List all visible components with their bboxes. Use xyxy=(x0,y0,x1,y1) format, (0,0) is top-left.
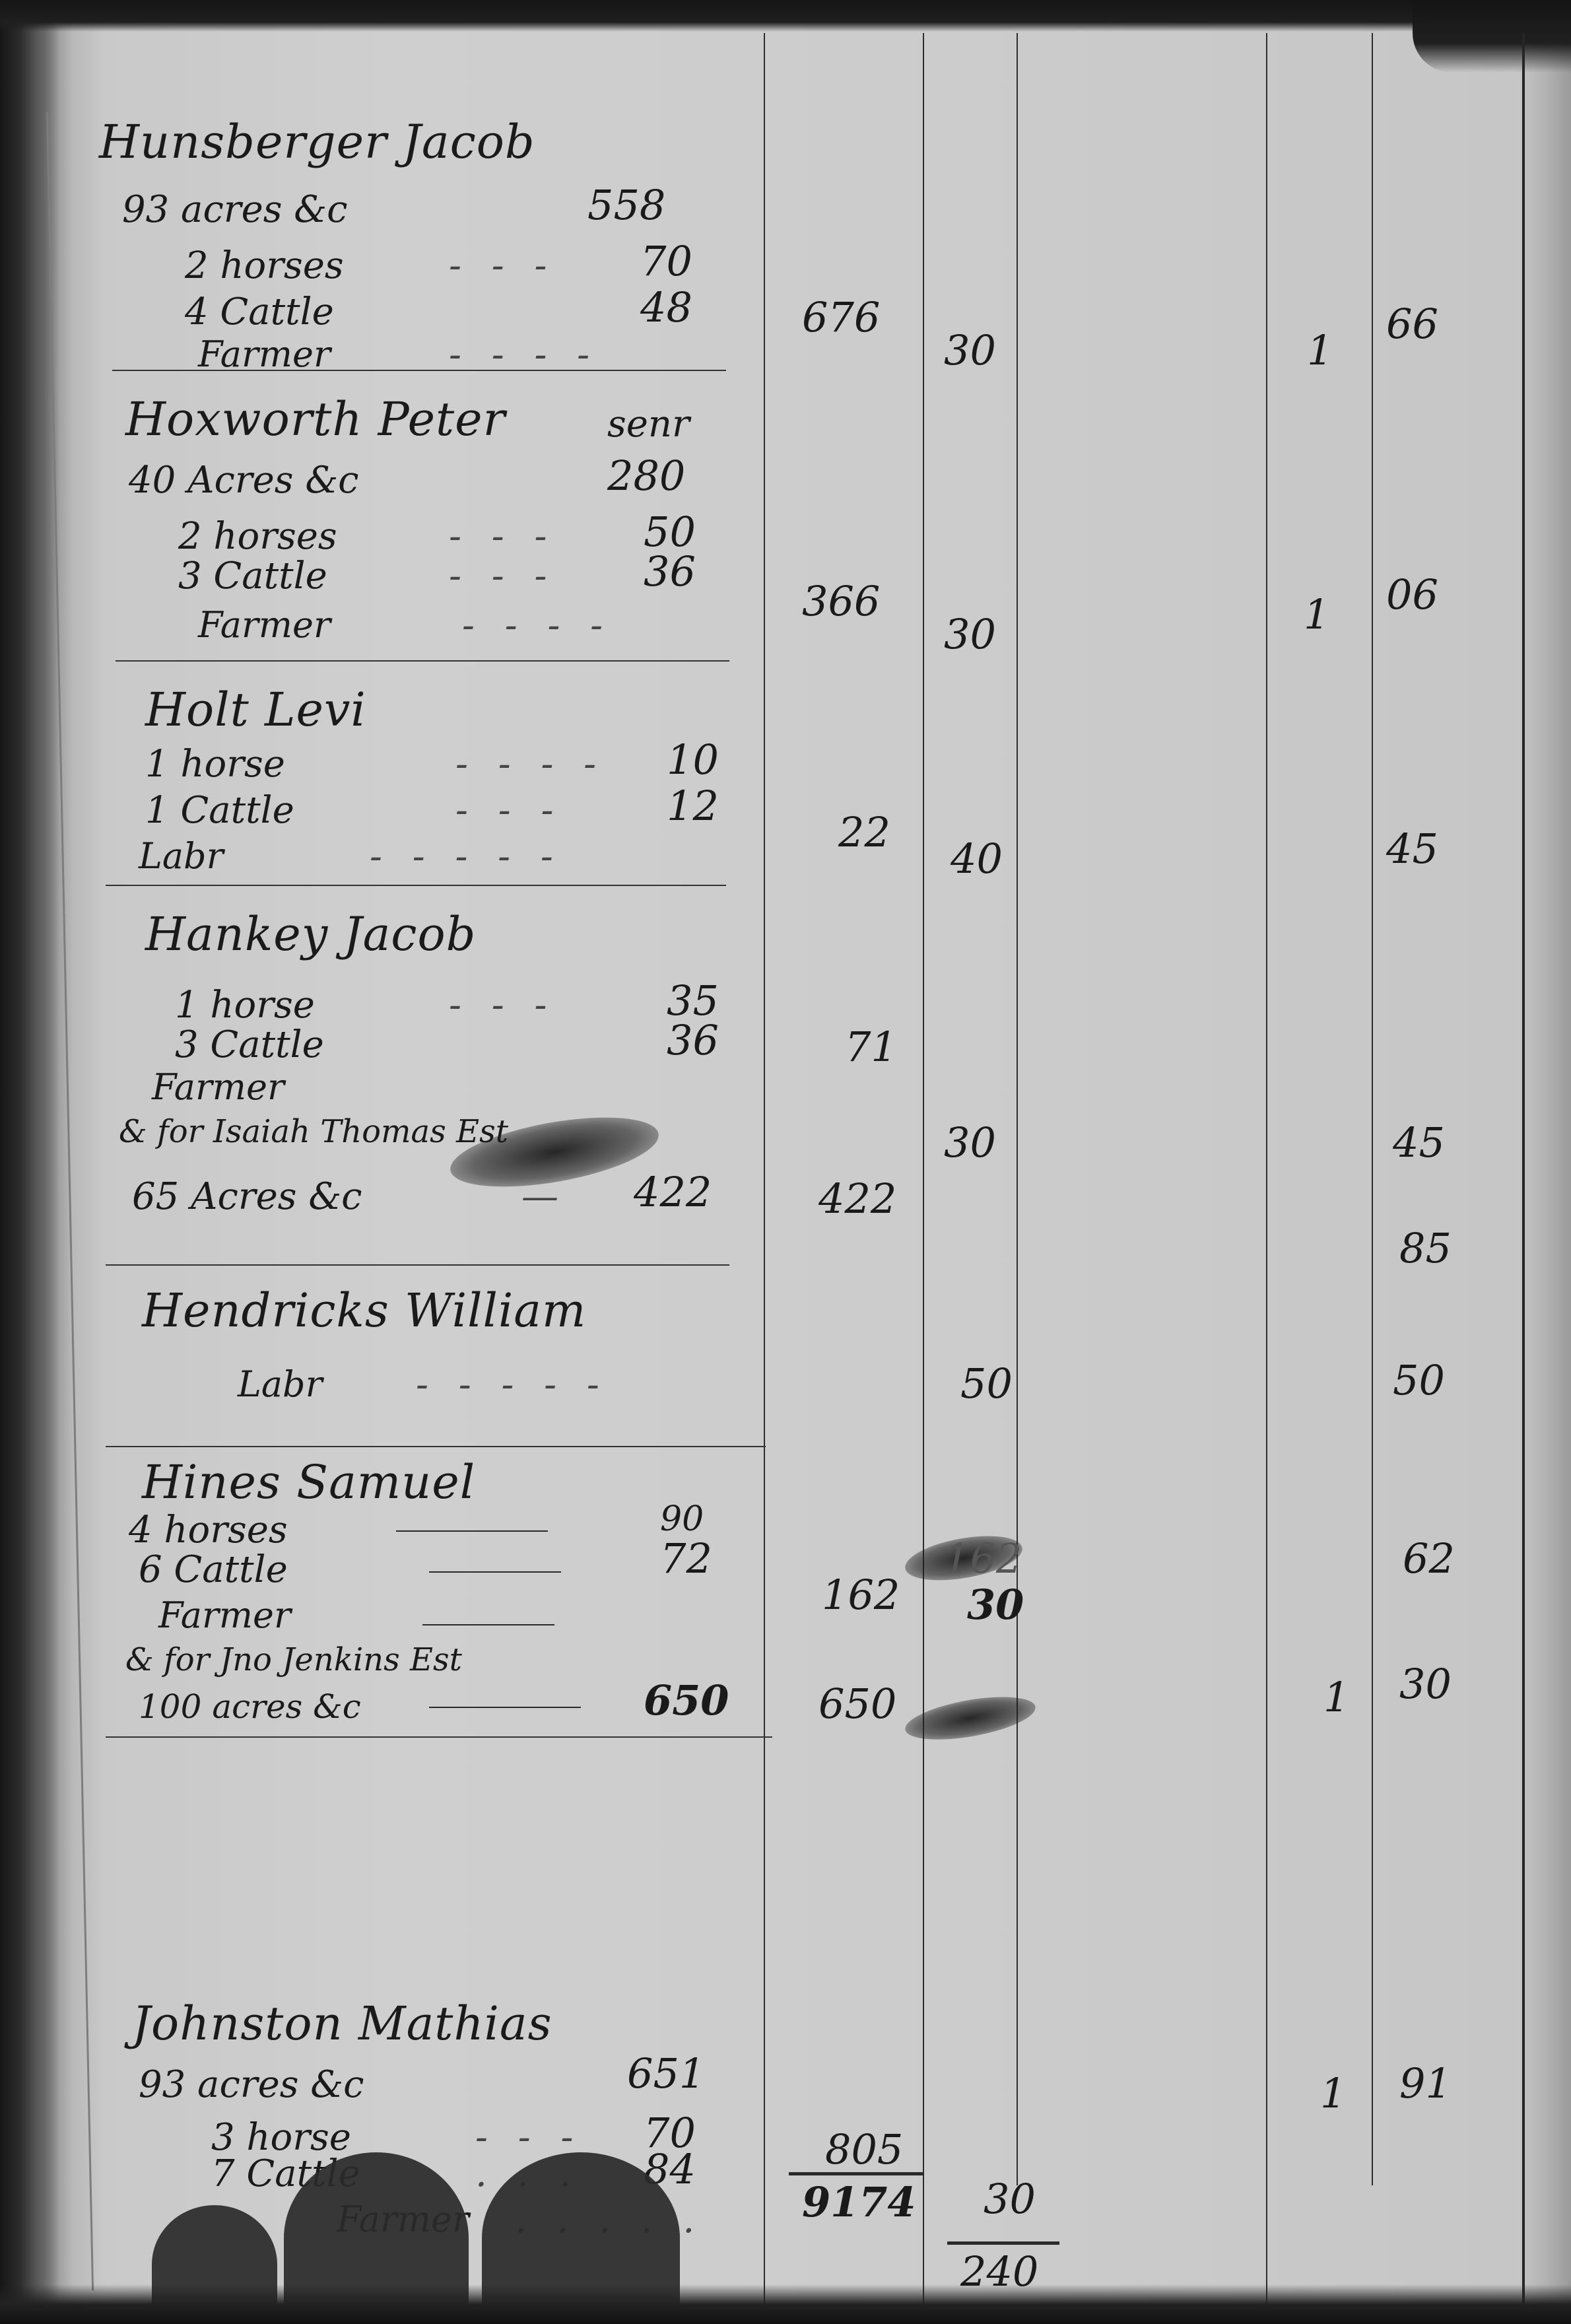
leader-line xyxy=(429,1707,581,1708)
ledger-page: Hunsberger Jacob 93 acres &c 558 2 horse… xyxy=(0,0,1571,2324)
item-label: 1 Cattle xyxy=(145,792,294,829)
leader-dashes: - - - - xyxy=(455,746,605,783)
page-right-rule xyxy=(1522,33,1525,2304)
sub-entry-label: & for Isaiah Thomas Est xyxy=(119,1116,508,1147)
item-label: 100 acres &c xyxy=(139,1690,361,1723)
page-corner-shadow xyxy=(1413,0,1571,73)
valuation-total: 9174 xyxy=(802,2182,916,2223)
item-value: 10 xyxy=(667,739,719,780)
tax-dollars: 1 xyxy=(1323,1677,1349,1718)
sum-rule-valuation xyxy=(789,2172,924,2175)
column-rule-rate-right xyxy=(1017,33,1018,2185)
column-rule-rate-left xyxy=(923,33,924,2304)
column-rule-valuation-left xyxy=(764,33,765,2304)
valuation: 162 xyxy=(822,1575,900,1616)
rate: 30 xyxy=(984,2179,1036,2220)
valuation: 366 xyxy=(802,581,880,622)
leader-dashes: - - - - - xyxy=(416,1367,609,1404)
item-label: 40 Acres &c xyxy=(129,462,359,499)
item-label: 93 acres &c xyxy=(139,2067,364,2103)
rate: 40 xyxy=(951,838,1003,879)
item-value: 12 xyxy=(667,786,719,827)
item-value: 70 xyxy=(640,241,692,282)
tax-cents: 45 xyxy=(1386,829,1438,870)
valuation: 805 xyxy=(825,2129,903,2170)
rate: 30 xyxy=(944,614,996,655)
sum-rule-rate xyxy=(947,2241,1059,2245)
entry-name: Johnston Mathias xyxy=(132,2000,552,2047)
item-label: 3 horse xyxy=(211,2119,351,2156)
entry-name: Hoxworth Peter xyxy=(125,396,506,442)
tax-cents: 45 xyxy=(1393,1122,1445,1163)
item-label: 2 horses xyxy=(178,518,337,555)
rate: 50 xyxy=(960,1363,1013,1404)
name-suffix: senr xyxy=(607,406,690,443)
leader-dashes: - - - xyxy=(449,248,556,285)
tax-cents: 06 xyxy=(1386,574,1438,615)
rate: 30 xyxy=(967,1585,1024,1625)
entry-name: Hines Samuel xyxy=(142,1459,475,1505)
tax-cents: 91 xyxy=(1399,2063,1452,2104)
column-rule-dollars-left xyxy=(1266,33,1267,2304)
entry-separator xyxy=(106,885,726,886)
item-label: 4 horses xyxy=(129,1512,288,1549)
item-label: 2 horses xyxy=(185,248,344,285)
item-value: 280 xyxy=(607,456,685,496)
tax-cents: 50 xyxy=(1393,1360,1445,1401)
sub-entry-valuation: 650 xyxy=(819,1684,896,1725)
valuation: 676 xyxy=(802,297,880,338)
sub-entry-label: & for Jno Jenkins Est xyxy=(125,1644,462,1676)
item-value: 36 xyxy=(644,551,696,592)
item-label: 1 horse xyxy=(145,746,285,783)
occupation: Farmer xyxy=(198,337,331,372)
item-value: 651 xyxy=(627,2053,705,2094)
leader-dashes: - - - xyxy=(475,2119,582,2156)
leader-dashes: - - - xyxy=(449,558,556,595)
tax-dollars: 1 xyxy=(1320,2073,1346,2114)
rate: 30 xyxy=(944,330,996,371)
item-value: 90 xyxy=(660,1502,704,1536)
entry-name: Hankey Jacob xyxy=(145,911,476,957)
tax-cents: 66 xyxy=(1386,304,1438,345)
page-bottom-edge xyxy=(0,2284,1571,2324)
item-value: 72 xyxy=(660,1538,712,1579)
leader-dashes: - - - xyxy=(449,987,556,1024)
leader-line xyxy=(429,1571,561,1573)
entry-separator xyxy=(106,1446,766,1447)
leader-dashes: - - - xyxy=(449,518,556,555)
entry-name: Holt Levi xyxy=(145,687,366,733)
column-rule-cents-left xyxy=(1372,33,1373,2185)
entry-name: Hunsberger Jacob xyxy=(99,119,535,165)
item-value: 650 xyxy=(644,1680,729,1721)
tax-dollars: 1 xyxy=(1307,330,1333,371)
tax-cents: 30 xyxy=(1399,1664,1452,1705)
rate: 30 xyxy=(944,1122,996,1163)
leader-dashes: — xyxy=(521,1179,568,1215)
tax-cents-2: 85 xyxy=(1399,1228,1452,1269)
entry-separator xyxy=(116,660,729,662)
item-value: 50 xyxy=(644,512,696,553)
occupation: Farmer xyxy=(198,607,331,643)
page-top-edge xyxy=(0,0,1571,32)
item-value: 36 xyxy=(667,1020,719,1061)
leader-dashes: - - - - xyxy=(449,337,599,374)
item-label: 3 Cattle xyxy=(178,558,327,595)
item-label: 93 acres &c xyxy=(122,191,347,228)
tax-dollars: 1 xyxy=(1304,594,1329,635)
struck-value: 162 xyxy=(944,1538,1022,1579)
entry-separator xyxy=(106,1264,729,1266)
occupation: Farmer xyxy=(152,1070,284,1105)
valuation: 22 xyxy=(838,812,890,853)
occupation: Farmer xyxy=(158,1598,291,1633)
leader-dashes: - - - xyxy=(455,792,562,829)
item-value: 422 xyxy=(634,1172,712,1213)
valuation: 71 xyxy=(845,1027,897,1068)
item-label: 3 Cattle xyxy=(175,1027,324,1064)
entry-separator xyxy=(106,1736,772,1738)
sub-entry-valuation: 422 xyxy=(819,1179,896,1219)
item-value: 558 xyxy=(587,185,665,226)
occupation: Labr xyxy=(139,838,223,874)
item-value: 48 xyxy=(640,287,692,328)
item-label: 4 Cattle xyxy=(185,294,334,331)
item-value: 35 xyxy=(667,980,719,1021)
entry-name: Hendricks William xyxy=(142,1287,586,1334)
tax-cents: 62 xyxy=(1403,1538,1455,1579)
leader-line xyxy=(396,1530,548,1532)
item-label: 65 Acres &c xyxy=(132,1179,362,1215)
occupation: Labr xyxy=(238,1367,322,1402)
entry-separator xyxy=(112,370,726,371)
item-label: 6 Cattle xyxy=(139,1552,288,1589)
item-label: 1 horse xyxy=(175,987,315,1024)
leader-dashes: - - - - - xyxy=(370,838,562,875)
leader-dashes: - - - - xyxy=(462,607,612,644)
leader-line xyxy=(422,1624,554,1625)
